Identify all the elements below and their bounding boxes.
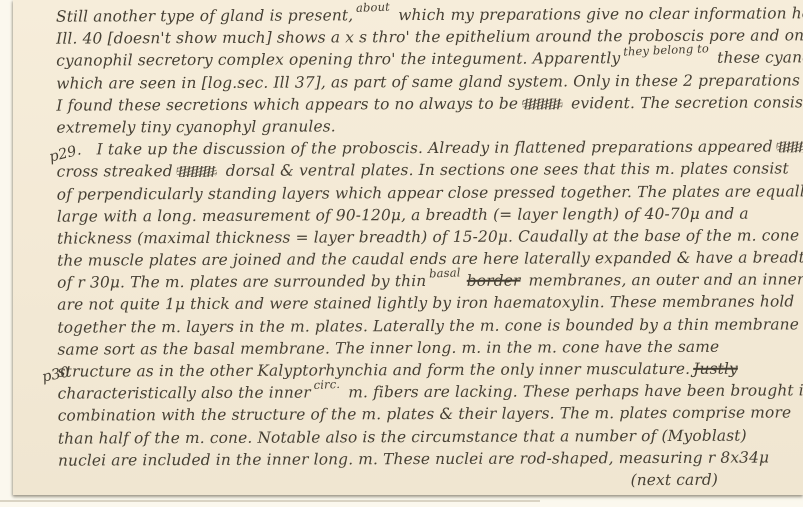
handwritten-line: Still another type of gland is present,a… [56,2,794,27]
handwritten-line: thickness (maximal thickness = layer bre… [57,224,795,249]
struck-text: Justly [693,360,738,378]
handwritten-line: which are seen in [log.sec. Ill 37], as … [56,69,794,94]
handwritten-text: together the m. layers in the m. plates.… [57,315,803,336]
inserted-text: circ. [314,379,341,390]
handwritten-line: I take up the discussion of the probosci… [57,136,795,161]
handwritten-text: of r 30μ. The m. plates are surrounded b… [57,272,426,292]
handwritten-line: I found these secretions which appears t… [56,91,794,116]
handwritten-line: combination with the structure of the m.… [58,402,796,427]
handwritten-line: extremely tiny cyanophyl granules. [56,113,794,138]
handwritten-text: extremely tiny cyanophyl granules. [56,117,335,136]
handwritten-line: of perpendicularly standing layers which… [57,180,795,205]
handwritten-line: structure as in the other Kalyptorhynchi… [57,357,795,382]
handwritten-line: (next card) [58,468,796,493]
handwritten-text: large with a long. measurement of 90-120… [57,204,749,225]
handwritten-text: membranes, an outer and an inner which [523,270,803,289]
handwritten-text: Still another type of gland is present, [56,6,353,25]
card-bottom-edge [0,500,540,502]
handwritten-text: (next card) [631,471,719,489]
handwritten-lines: Still another type of gland is present,a… [56,2,796,493]
handwritten-text: I take up the discussion of the probosci… [97,138,773,159]
handwritten-text: of perpendicularly standing layers which… [57,182,803,203]
handwritten-text: which my preparations give no clear info… [393,4,803,24]
struck-text: border [467,272,521,290]
inserted-text: basal [429,268,461,279]
handwritten-text: which are seen in [log.sec. Ill 37], as … [56,71,803,92]
handwritten-text: dorsal & ventral plates. In sections one… [221,160,789,180]
handwritten-text: cyanophil secretory complex opening thro… [56,50,620,70]
handwritten-line: characteristically also the innercirc. m… [58,380,796,405]
handwritten-line: of r 30μ. The m. plates are surrounded b… [57,269,795,294]
scribble-mark [522,98,562,109]
handwritten-text: I found these secretions which appears t… [56,94,518,114]
inserted-text: about [356,2,390,13]
handwritten-line: cross streaked dorsal & ventral plates. … [57,158,795,183]
handwritten-line: nuclei are included in the inner long. m… [58,446,796,471]
handwritten-line: are not quite 1μ thick and were stained … [57,291,795,316]
handwritten-text: structure as in the other Kalyptorhynchi… [57,360,690,381]
handwritten-line: than half of the m. cone. Notable also i… [58,424,796,449]
handwritten-line: same sort as the basal membrane. The inn… [57,335,795,360]
inserted-text: they belong to [623,44,709,57]
handwritten-text: are not quite 1μ thick and were stained … [57,293,794,314]
handwritten-text: m. fibers are lacking. These perhaps hav… [343,381,803,401]
handwritten-text: cross streaked [57,162,173,181]
handwritten-text: nuclei are included in the inner long. m… [58,448,769,469]
handwritten-line: the muscle plates are joined and the cau… [57,246,795,271]
handwritten-text: same sort as the basal membrane. The inn… [57,338,719,359]
handwritten-text: combination with the structure of the m.… [58,404,792,425]
handwritten-line: together the m. layers in the m. plates.… [57,313,795,338]
scribble-mark [777,141,803,152]
handwritten-text: thickness (maximal thickness = layer bre… [57,226,799,247]
handwritten-text: characteristically also the inner [58,384,311,403]
handwritten-line: cyanophil secretory complex opening thro… [56,47,794,72]
scribble-mark [177,166,217,177]
note-card: p29. p30 Still another type of gland is … [13,0,803,495]
handwritten-text: evident. The secretion consists of [566,93,803,112]
handwritten-text: these cyanophyl secretory structures [712,48,803,67]
handwritten-line: large with a long. measurement of 90-120… [57,202,795,227]
handwritten-text: than half of the m. cone. Notable also i… [58,426,747,447]
